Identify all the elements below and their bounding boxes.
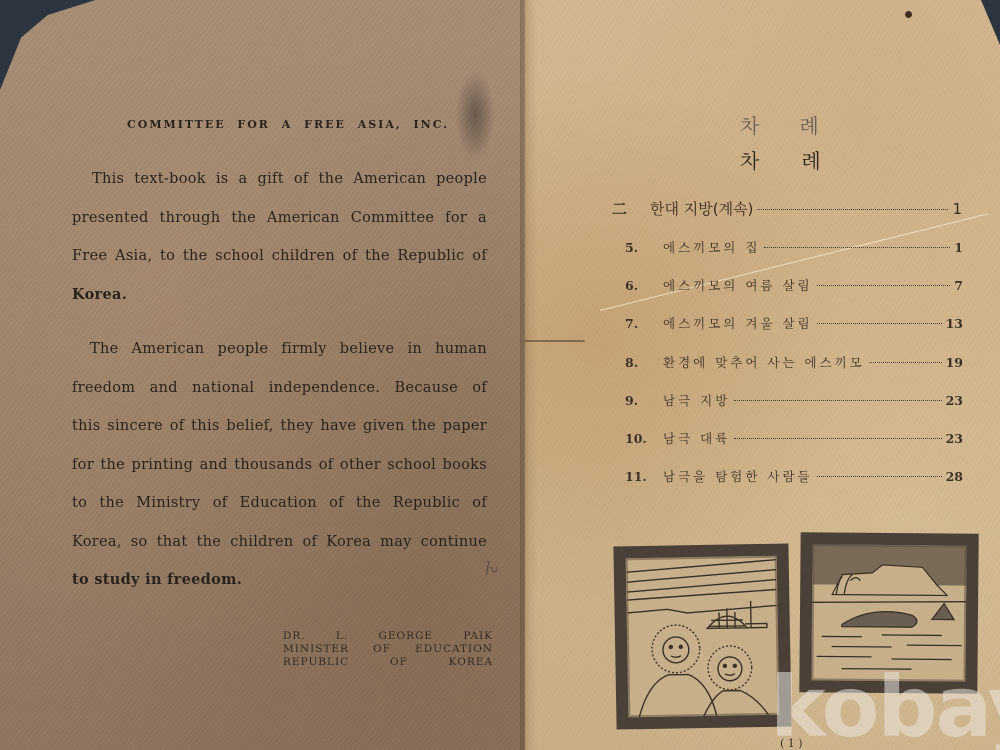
book-spread: COMMITTEE FOR A FREE ASIA, INC. This tex…: [0, 0, 1000, 750]
paragraph-line: The American people firmly believe in hu…: [72, 330, 487, 369]
paragraph-line: freedom and national independence. Becau…: [72, 369, 487, 408]
dot-leader: [817, 476, 942, 477]
paragraph-line: Korea.: [72, 276, 487, 315]
ink-stain: [455, 70, 495, 160]
section-page: 1: [952, 200, 962, 218]
paragraph-line: this sincere of this belief, they have g…: [72, 407, 487, 446]
section-title: 한대 지방(계속): [650, 198, 753, 219]
toc-number: 11.: [625, 469, 663, 484]
paper-hole: [905, 11, 912, 18]
dot-leader: [764, 247, 950, 248]
toc-section-heading: 二 한대 지방(계속) 1: [612, 198, 962, 219]
toc-title: 차례: [740, 145, 863, 174]
toc-page: 23: [946, 393, 963, 408]
committee-heading: COMMITTEE FOR A FREE ASIA, INC.: [127, 118, 449, 131]
toc-page: 19: [946, 355, 963, 370]
toc-entry: 10. 남극 대륙 23: [625, 429, 963, 467]
paragraph-line: presented through the American Committee…: [72, 199, 487, 238]
toc-entry-title: 에스끼모의 집: [663, 238, 760, 256]
paper-crease: [525, 340, 585, 342]
signature-block: DR. L. GEORGE PAIK MINISTER OF EDUCATION…: [283, 630, 493, 669]
toc-page: 23: [946, 431, 963, 446]
toc-title-pencil: 차례: [740, 110, 859, 139]
section-number: 二: [612, 198, 650, 219]
toc-entry-title: 남극 지방: [663, 391, 730, 409]
toc-entry: 7. 에스끼모의 겨울 살림 13: [625, 314, 963, 352]
toc-number: 8.: [625, 355, 663, 370]
signature-name: DR. L. GEORGE PAIK: [283, 630, 493, 643]
toc-entry: 5. 에스끼모의 집 1: [625, 238, 963, 276]
page-number: ( 1 ): [780, 737, 803, 750]
eskimo-illustration-icon: [626, 556, 780, 718]
dot-leader: [817, 323, 942, 324]
toc-entry: 11. 남극을 탐험한 사람들 28: [625, 467, 963, 505]
kobay-watermark: kobay: [770, 658, 1000, 750]
paragraph-line: Free Asia, to the school children of the…: [72, 237, 487, 276]
paragraph-line: for the printing and thousands of other …: [72, 446, 487, 485]
toc-entry: 8. 환경에 맞추어 사는 에스끼모 19: [625, 353, 963, 391]
eskimo-igloo-illustration: [613, 543, 791, 729]
toc-entry: 9. 남극 지방 23: [625, 391, 963, 429]
toc-page: 7: [954, 278, 963, 293]
toc-entry-title: 환경에 맞추어 사는 에스끼모: [663, 353, 865, 371]
toc-number: 6.: [625, 278, 663, 293]
toc-number: 10.: [625, 431, 663, 446]
signature-title: MINISTER OF EDUCATION: [283, 643, 493, 656]
toc-entry-title: 에스끼모의 겨울 살림: [663, 314, 813, 332]
dot-leader: [817, 285, 951, 286]
toc-entry-title: 남극을 탐험한 사람들: [663, 467, 813, 485]
paragraph-line: This text-book is a gift of the American…: [72, 160, 487, 199]
toc-page: 28: [946, 469, 963, 484]
book-gutter: [520, 0, 538, 750]
toc-page: 13: [946, 316, 963, 331]
toc-number: 9.: [625, 393, 663, 408]
toc-entry-title: 남극 대륙: [663, 429, 730, 447]
dot-leader: [734, 438, 941, 439]
paragraph-line: to the Ministry of Education of the Repu…: [72, 484, 487, 523]
toc-number: 5.: [625, 240, 663, 255]
toc-entry: 6. 에스끼모의 여름 살림 7: [625, 276, 963, 314]
dot-leader: [757, 209, 948, 210]
gift-paragraph: This text-book is a gift of the American…: [72, 160, 487, 314]
paragraph-line: to study in freedom.: [72, 561, 487, 600]
table-of-contents: 5. 에스끼모의 집 1 6. 에스끼모의 여름 살림 7 7. 에스끼모의 겨…: [625, 238, 963, 505]
paragraph-line: Korea, so that the children of Korea may…: [72, 523, 487, 562]
toc-number: 7.: [625, 316, 663, 331]
signature-org: REPUBLIC OF KOREA: [283, 656, 493, 669]
toc-page: 1: [954, 240, 963, 255]
dot-leader: [734, 400, 941, 401]
dot-leader: [869, 362, 942, 363]
toc-entry-title: 에스끼모의 여름 살림: [663, 276, 813, 294]
belief-paragraph: The American people firmly believe in hu…: [72, 330, 487, 600]
